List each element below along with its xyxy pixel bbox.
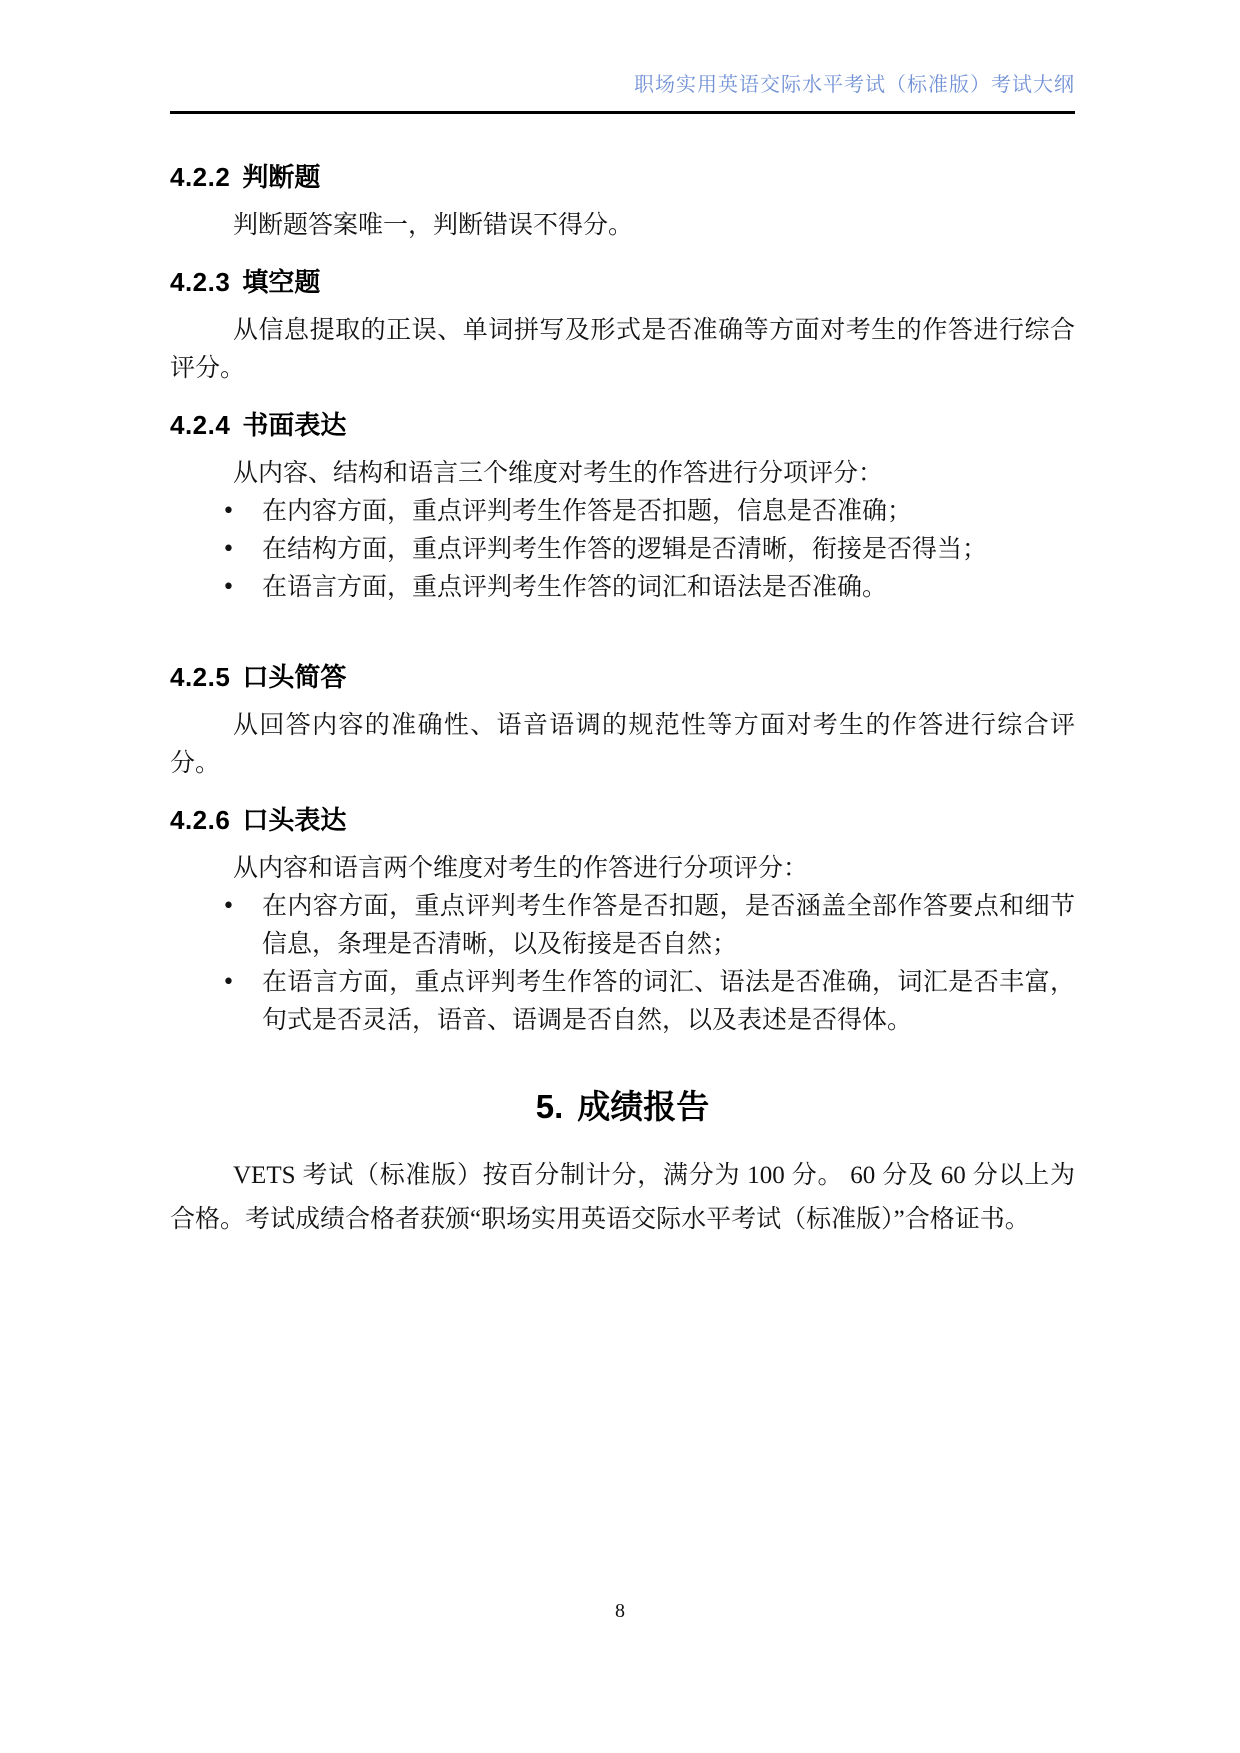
header-rule	[170, 111, 1075, 114]
bullet-list: •在内容方面，重点评判考生作答是否扣题，信息是否准确； •在结构方面，重点评判考…	[170, 493, 1075, 607]
bullet-item: •在内容方面，重点评判考生作答是否扣题，信息是否准确；	[222, 493, 1075, 531]
page-number: 8	[0, 1600, 1240, 1623]
bullet-list: •在内容方面，重点评判考生作答是否扣题，是否涵盖全部作答要点和细节信息，条理是否…	[170, 888, 1075, 1040]
chapter-number: 5.	[536, 1088, 564, 1125]
chapter-title: 成绩报告	[577, 1088, 709, 1125]
section-paragraph: 从信息提取的正误、单词拼写及形式是否准确等方面对考生的作答进行综合评分。	[170, 312, 1075, 388]
bullet-item: •在语言方面，重点评判考生作答的词汇、语法是否准确，词汇是否丰富，句式是否灵活，…	[222, 964, 1075, 1040]
section-number: 4.2.5	[170, 662, 230, 692]
section-heading-4-2-3: 4.2.3填空题	[170, 267, 1075, 297]
section-title: 填空题	[242, 267, 320, 297]
bullet-text: 在内容方面，重点评判考生作答是否扣题，信息是否准确；	[262, 498, 912, 525]
bullet-dot-icon: •	[222, 569, 235, 607]
bullet-dot-icon: •	[222, 493, 235, 531]
section-paragraph: 从内容和语言两个维度对考生的作答进行分项评分：	[170, 850, 1075, 888]
section-title: 书面表达	[242, 410, 346, 440]
section-number: 4.2.4	[170, 410, 230, 440]
section-number: 4.2.2	[170, 162, 230, 192]
bullet-item: •在语言方面，重点评判考生作答的词汇和语法是否准确。	[222, 569, 1075, 607]
bullet-text: 在语言方面，重点评判考生作答的词汇和语法是否准确。	[262, 574, 887, 601]
bullet-text: 在语言方面，重点评判考生作答的词汇、语法是否准确，词汇是否丰富，句式是否灵活，语…	[262, 969, 1075, 1034]
bullet-item: •在结构方面，重点评判考生作答的逻辑是否清晰，衔接是否得当；	[222, 531, 1075, 569]
section-title: 判断题	[242, 162, 320, 192]
section-title: 口头表达	[242, 805, 346, 835]
section-paragraph: 从内容、结构和语言三个维度对考生的作答进行分项评分：	[170, 455, 1075, 493]
section-heading-4-2-2: 4.2.2判断题	[170, 162, 1075, 192]
bullet-dot-icon: •	[222, 531, 235, 569]
section-title: 口头简答	[242, 662, 346, 692]
document-page: 职场实用英语交际水平考试（标准版）考试大纲 4.2.2判断题 判断题答案唯一，判…	[0, 0, 1240, 1753]
bullet-text: 在内容方面，重点评判考生作答是否扣题，是否涵盖全部作答要点和细节信息，条理是否清…	[262, 893, 1075, 958]
section-paragraph: 判断题答案唯一，判断错误不得分。	[170, 207, 1075, 245]
chapter-paragraph: VETS 考试（标准版）按百分制计分，满分为 100 分。 60 分及 60 分…	[170, 1154, 1075, 1242]
page-header-title: 职场实用英语交际水平考试（标准版）考试大纲	[170, 72, 1075, 98]
section-number: 4.2.6	[170, 805, 230, 835]
section-heading-4-2-6: 4.2.6口头表达	[170, 805, 1075, 835]
section-heading-4-2-5: 4.2.5口头简答	[170, 662, 1075, 692]
chapter-heading: 5.成绩报告	[170, 1086, 1075, 1128]
bullet-dot-icon: •	[222, 888, 235, 926]
section-heading-4-2-4: 4.2.4书面表达	[170, 410, 1075, 440]
bullet-item: •在内容方面，重点评判考生作答是否扣题，是否涵盖全部作答要点和细节信息，条理是否…	[222, 888, 1075, 964]
section-number: 4.2.3	[170, 267, 230, 297]
bullet-text: 在结构方面，重点评判考生作答的逻辑是否清晰，衔接是否得当；	[262, 536, 987, 563]
section-paragraph: 从回答内容的准确性、语音语调的规范性等方面对考生的作答进行综合评分。	[170, 707, 1075, 783]
bullet-dot-icon: •	[222, 964, 235, 1002]
